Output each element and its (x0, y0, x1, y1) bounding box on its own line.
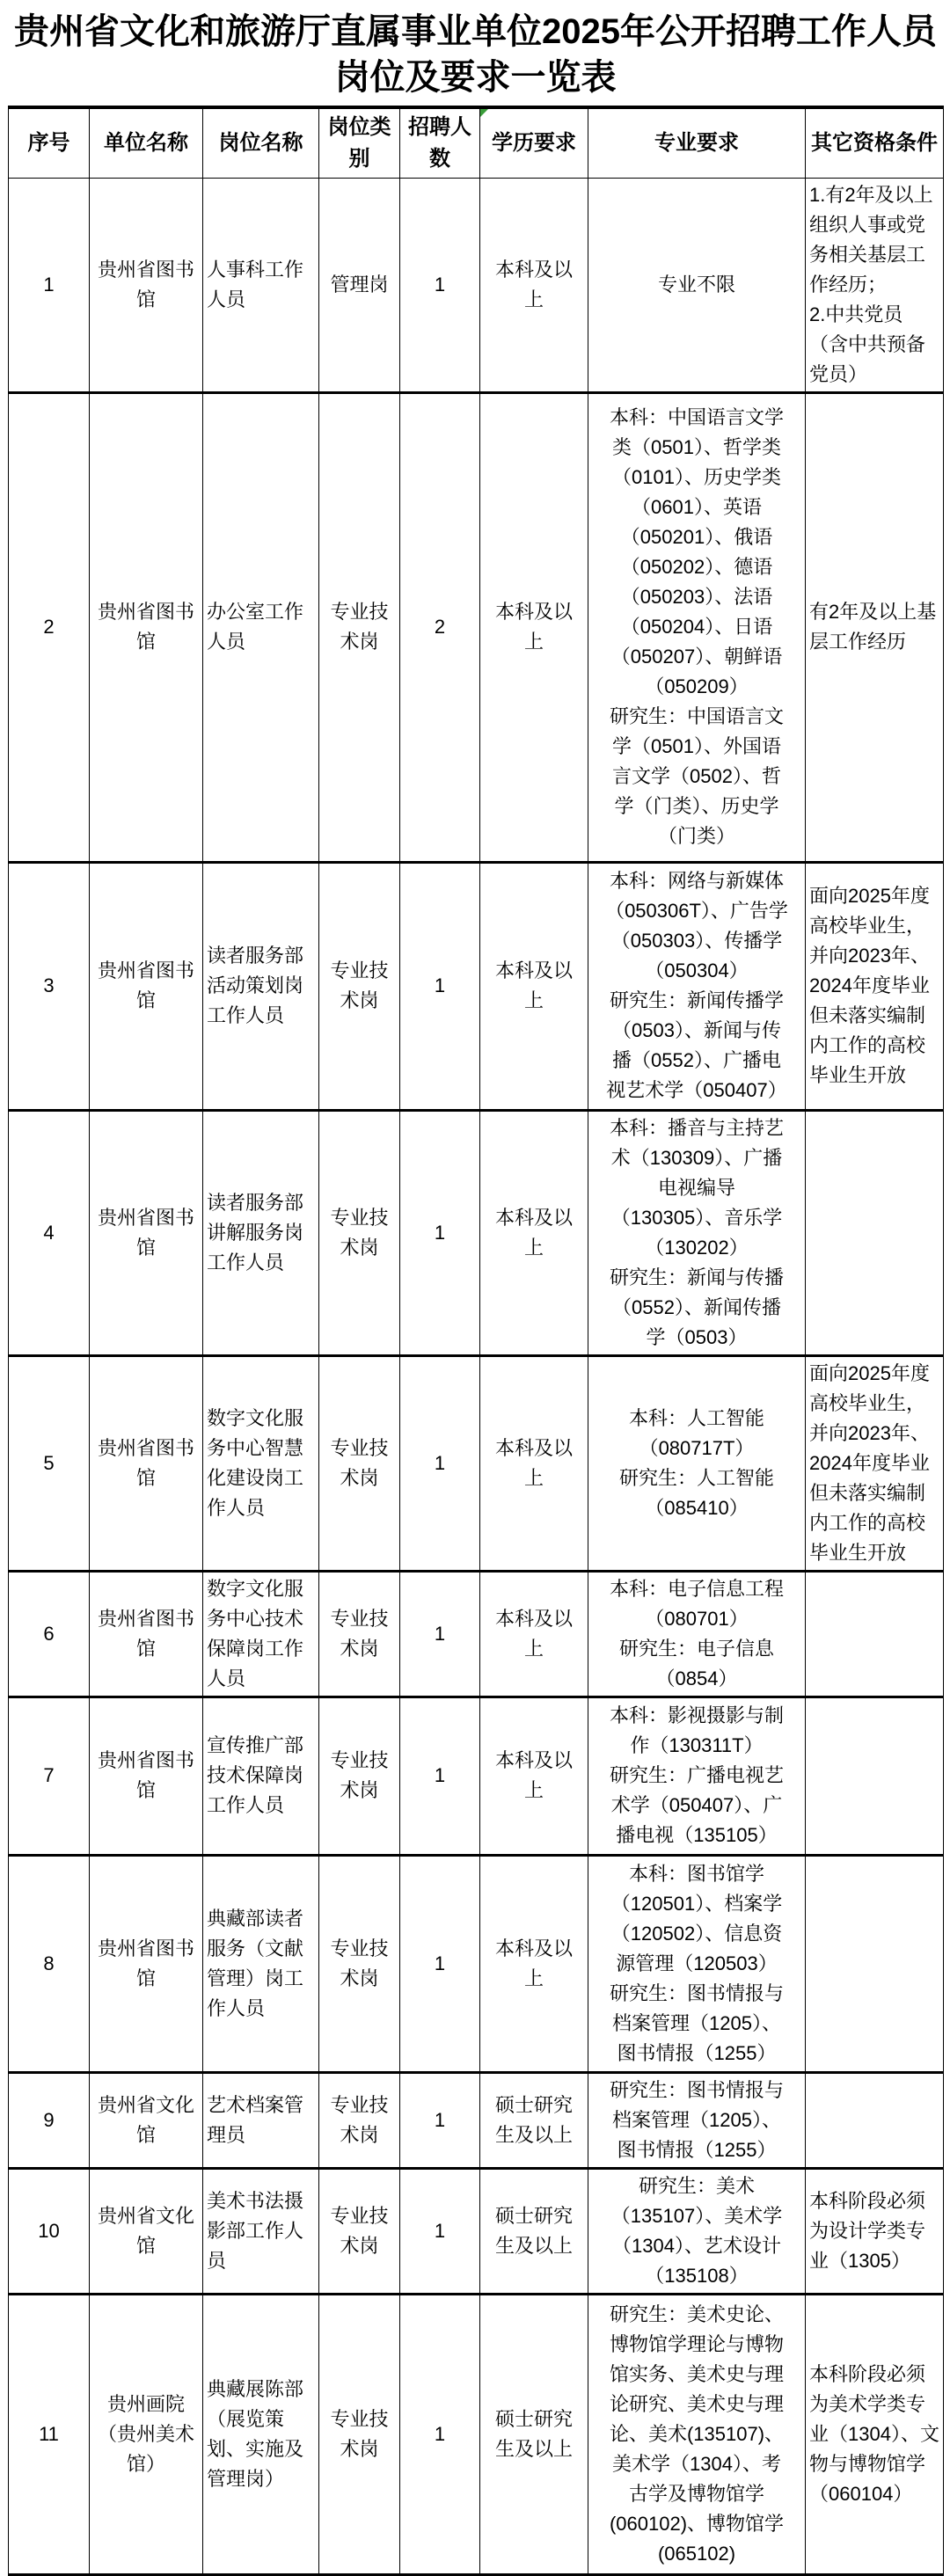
cell-gwlb: 专业技术岗 (319, 1571, 400, 1697)
cell-qt: 有2年及以上基层工作经历 (806, 392, 944, 862)
cell-zyyq: 专业不限 (588, 178, 806, 392)
cell-xh: 3 (9, 862, 90, 1110)
cell-qt: 1.有2年及以上组织人事或党务相关基层工作经历； 2.中共党员（含中共预备党员） (806, 178, 944, 392)
cell-zyyq: 本科：图书馆学（120501）、档案学（120502）、信息资源管理（12050… (588, 1855, 806, 2072)
cell-zprs: 1 (400, 1110, 480, 1355)
cell-zyyq: 本科：人工智能（080717T） 研究生：人工智能（085410） (588, 1355, 806, 1571)
cell-zprs: 1 (400, 178, 480, 392)
cell-xlyq: 本科及以上 (480, 1697, 588, 1855)
header-xh: 序号 (9, 107, 90, 178)
cell-dwmc: 贵州省图书馆 (90, 178, 203, 392)
cell-dwmc: 贵州省文化馆 (90, 2168, 203, 2294)
cell-xh: 8 (9, 1855, 90, 2072)
cell-qt: 本科阶段必须为美术学类专业（1304）、文物与博物馆学（060104） (806, 2294, 944, 2574)
cell-xh: 9 (9, 2072, 90, 2168)
cell-gwlb: 专业技术岗 (319, 2168, 400, 2294)
header-label: 学历要求 (492, 131, 576, 155)
cell-xlyq: 本科及以上 (480, 862, 588, 1110)
cell-xh: 4 (9, 1110, 90, 1355)
cell-zprs: 1 (400, 2168, 480, 2294)
green-corner-flag-icon (480, 109, 488, 117)
cell-gwmc: 艺术档案管理员 (203, 2072, 319, 2168)
cell-gwmc: 宣传推广部技术保障岗工作人员 (203, 1697, 319, 1855)
table-row: 11贵州画院（贵州美术馆）典藏展陈部（展览策划、实施及管理岗）专业技术岗1硕士研… (9, 2294, 944, 2574)
cell-dwmc: 贵州省图书馆 (90, 862, 203, 1110)
header-dwmc: 单位名称 (90, 107, 203, 178)
header-label: 序号 (28, 131, 70, 155)
cell-gwlb: 专业技术岗 (319, 392, 400, 862)
cell-qt (806, 1571, 944, 1697)
cell-dwmc: 贵州画院（贵州美术馆） (90, 2294, 203, 2574)
cell-zyyq: 研究生：图书情报与档案管理（1205）、图书情报（1255） (588, 2072, 806, 2168)
cell-qt (806, 1697, 944, 1855)
cell-gwmc: 数字文化服务中心智慧化建设岗工作人员 (203, 1355, 319, 1571)
cell-zyyq: 研究生：美术史论、博物馆学理论与博物馆实务、美术史与理论研究、美术史与理论、美术… (588, 2294, 806, 2574)
cell-xlyq: 硕士研究生及以上 (480, 2072, 588, 2168)
cell-xlyq: 本科及以上 (480, 392, 588, 862)
cell-gwlb: 专业技术岗 (319, 1355, 400, 1571)
cell-dwmc: 贵州省图书馆 (90, 392, 203, 862)
table-row: 9贵州省文化馆艺术档案管理员专业技术岗1硕士研究生及以上研究生：图书情报与档案管… (9, 2072, 944, 2168)
header-qt: 其它资格条件 (806, 107, 944, 178)
header-row: 序号单位名称岗位名称岗位类别招聘人数学历要求专业要求其它资格条件 (9, 107, 944, 178)
cell-dwmc: 贵州省文化馆 (90, 2072, 203, 2168)
cell-zprs: 2 (400, 392, 480, 862)
header-label: 招聘人数 (408, 115, 471, 171)
cell-gwlb: 管理岗 (319, 178, 400, 392)
header-zyyq: 专业要求 (588, 107, 806, 178)
cell-gwmc: 美术书法摄影部工作人员 (203, 2168, 319, 2294)
cell-gwmc: 读者服务部活动策划岗工作人员 (203, 862, 319, 1110)
table-row: 4贵州省图书馆读者服务部讲解服务岗工作人员专业技术岗1本科及以上本科：播音与主持… (9, 1110, 944, 1355)
cell-qt: 本科阶段必须为设计学类专业（1305） (806, 2168, 944, 2294)
cell-dwmc: 贵州省图书馆 (90, 1697, 203, 1855)
cell-gwmc: 数字文化服务中心技术保障岗工作人员 (203, 1571, 319, 1697)
header-zprs: 招聘人数 (400, 107, 480, 178)
cell-zprs: 1 (400, 1855, 480, 2072)
cell-xh: 10 (9, 2168, 90, 2294)
table-row: 3贵州省图书馆读者服务部活动策划岗工作人员专业技术岗1本科及以上本科：网络与新媒… (9, 862, 944, 1110)
cell-xlyq: 本科及以上 (480, 178, 588, 392)
cell-qt: 面向2025年度高校毕业生，并向2023年、2024年度毕业但未落实编制内工作的… (806, 862, 944, 1110)
cell-gwlb: 专业技术岗 (319, 862, 400, 1110)
header-gwmc: 岗位名称 (203, 107, 319, 178)
cell-zyyq: 研究生：美术（135107）、美术学（1304）、艺术设计（135108） (588, 2168, 806, 2294)
cell-zprs: 1 (400, 1355, 480, 1571)
cell-gwmc: 典藏展陈部（展览策划、实施及管理岗） (203, 2294, 319, 2574)
cell-xlyq: 本科及以上 (480, 1355, 588, 1571)
header-gwlb: 岗位类别 (319, 107, 400, 178)
cell-zyyq: 本科：播音与主持艺术（130309）、广播电视编导（130305）、音乐学（13… (588, 1110, 806, 1355)
cell-zyyq: 本科：电子信息工程（080701） 研究生：电子信息（0854） (588, 1571, 806, 1697)
cell-zprs: 1 (400, 1571, 480, 1697)
recruitment-table: 序号单位名称岗位名称岗位类别招聘人数学历要求专业要求其它资格条件 1贵州省图书馆… (8, 106, 944, 2576)
table-row: 2贵州省图书馆办公室工作人员专业技术岗2本科及以上本科：中国语言文学类（0501… (9, 392, 944, 862)
page: 贵州省文化和旅游厅直属事业单位2025年公开招聘工作人员岗位及要求一览表 序号单… (0, 0, 950, 2576)
cell-dwmc: 贵州省图书馆 (90, 1855, 203, 2072)
table-row: 6贵州省图书馆数字文化服务中心技术保障岗工作人员专业技术岗1本科及以上本科：电子… (9, 1571, 944, 1697)
table-row: 8贵州省图书馆典藏部读者服务（文献管理）岗工作人员专业技术岗1本科及以上本科：图… (9, 1855, 944, 2072)
cell-gwmc: 读者服务部讲解服务岗工作人员 (203, 1110, 319, 1355)
cell-qt: 面向2025年度高校毕业生，并向2023年、2024年度毕业但未落实编制内工作的… (806, 1355, 944, 1571)
cell-zprs: 1 (400, 2072, 480, 2168)
cell-xh: 7 (9, 1697, 90, 1855)
table-row: 7贵州省图书馆宣传推广部技术保障岗工作人员专业技术岗1本科及以上本科：影视摄影与… (9, 1697, 944, 1855)
table-row: 1贵州省图书馆人事科工作人员管理岗1本科及以上专业不限1.有2年及以上组织人事或… (9, 178, 944, 392)
cell-qt (806, 1855, 944, 2072)
cell-gwlb: 专业技术岗 (319, 1110, 400, 1355)
cell-zprs: 1 (400, 862, 480, 1110)
header-label: 其它资格条件 (811, 131, 938, 155)
header-label: 专业要求 (654, 131, 739, 155)
cell-xlyq: 本科及以上 (480, 1855, 588, 2072)
cell-dwmc: 贵州省图书馆 (90, 1110, 203, 1355)
header-label: 单位名称 (104, 131, 188, 155)
cell-zprs: 1 (400, 2294, 480, 2574)
cell-zprs: 1 (400, 1697, 480, 1855)
cell-dwmc: 贵州省图书馆 (90, 1355, 203, 1571)
cell-qt (806, 2072, 944, 2168)
cell-gwlb: 专业技术岗 (319, 1855, 400, 2072)
header-label: 岗位类别 (328, 115, 391, 171)
cell-xlyq: 硕士研究生及以上 (480, 2294, 588, 2574)
cell-xh: 5 (9, 1355, 90, 1571)
page-title: 贵州省文化和旅游厅直属事业单位2025年公开招聘工作人员岗位及要求一览表 (8, 9, 943, 100)
cell-zyyq: 本科：网络与新媒体（050306T）、广告学（050303）、传播学（05030… (588, 862, 806, 1110)
cell-xh: 1 (9, 178, 90, 392)
table-row: 5贵州省图书馆数字文化服务中心智慧化建设岗工作人员专业技术岗1本科及以上本科：人… (9, 1355, 944, 1571)
cell-qt (806, 1110, 944, 1355)
header-label: 岗位名称 (219, 131, 303, 155)
cell-xlyq: 硕士研究生及以上 (480, 2168, 588, 2294)
cell-zyyq: 本科：影视摄影与制作（130311T） 研究生：广播电视艺术学（050407）、… (588, 1697, 806, 1855)
cell-xh: 6 (9, 1571, 90, 1697)
cell-gwlb: 专业技术岗 (319, 1697, 400, 1855)
header-xlyq: 学历要求 (480, 107, 588, 178)
cell-gwmc: 典藏部读者服务（文献管理）岗工作人员 (203, 1855, 319, 2072)
table-row: 10贵州省文化馆美术书法摄影部工作人员专业技术岗1硕士研究生及以上研究生：美术（… (9, 2168, 944, 2294)
cell-xlyq: 本科及以上 (480, 1110, 588, 1355)
cell-gwlb: 专业技术岗 (319, 2294, 400, 2574)
cell-gwmc: 办公室工作人员 (203, 392, 319, 862)
cell-gwlb: 专业技术岗 (319, 2072, 400, 2168)
cell-dwmc: 贵州省图书馆 (90, 1571, 203, 1697)
cell-xlyq: 本科及以上 (480, 1571, 588, 1697)
cell-gwmc: 人事科工作人员 (203, 178, 319, 392)
cell-xh: 2 (9, 392, 90, 862)
cell-xh: 11 (9, 2294, 90, 2574)
cell-zyyq: 本科：中国语言文学类（0501）、哲学类（0101）、历史学类（0601）、英语… (588, 392, 806, 862)
